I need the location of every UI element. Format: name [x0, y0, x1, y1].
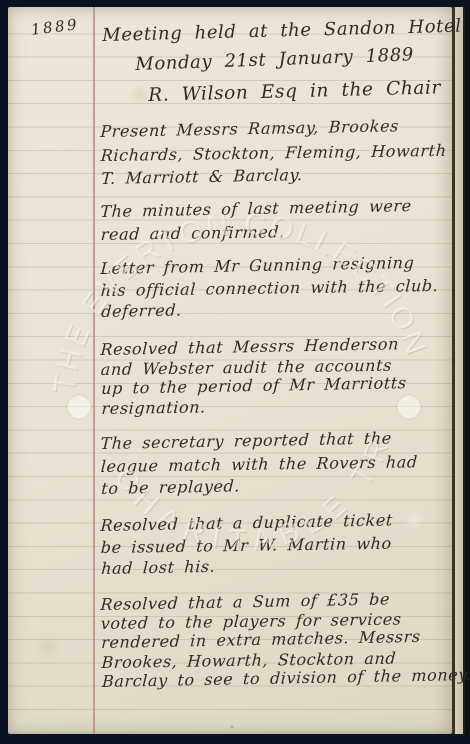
paragraph-minutes-confirmed: The minutes of last meeting were read an… — [101, 194, 413, 246]
paragraph-players-payment: Resolved that a Sum of £35 be voted to t… — [101, 588, 470, 691]
heading-date-line: Monday 21st January 1889 — [135, 44, 414, 75]
handwritten-line: resignation. — [101, 394, 407, 418]
handwritten-line: read and confirmed. — [100, 218, 413, 246]
handwritten-line: to be replayed. — [101, 472, 419, 501]
paragraph-gunning-letter: Letter from Mr Gunning resigning his off… — [101, 252, 440, 323]
handwritten-line: had lost his. — [101, 552, 395, 579]
paragraph-audit-resolution: Resolved that Messrs Henderson and Webst… — [101, 334, 408, 418]
paragraph-league-match: The secretary reported that the league m… — [101, 427, 419, 501]
handwritten-minutes: 1889 Meeting held at the Sandon Hotel Mo… — [0, 0, 470, 744]
heading-chairman-line: R. Wilson Esq in the Chair — [148, 77, 441, 106]
paragraph-attendees: Present Messrs Ramsay, Brookes Richards,… — [101, 113, 448, 190]
margin-year: 1889 — [30, 15, 80, 39]
heading-venue-line: Meeting held at the Sandon Hotel — [102, 16, 462, 46]
minute-book-photograph: 1889 Meeting held at the Sandon Hotel Mo… — [0, 0, 470, 744]
paragraph-duplicate-ticket: Resolved that a duplicate ticket be issu… — [101, 509, 395, 579]
